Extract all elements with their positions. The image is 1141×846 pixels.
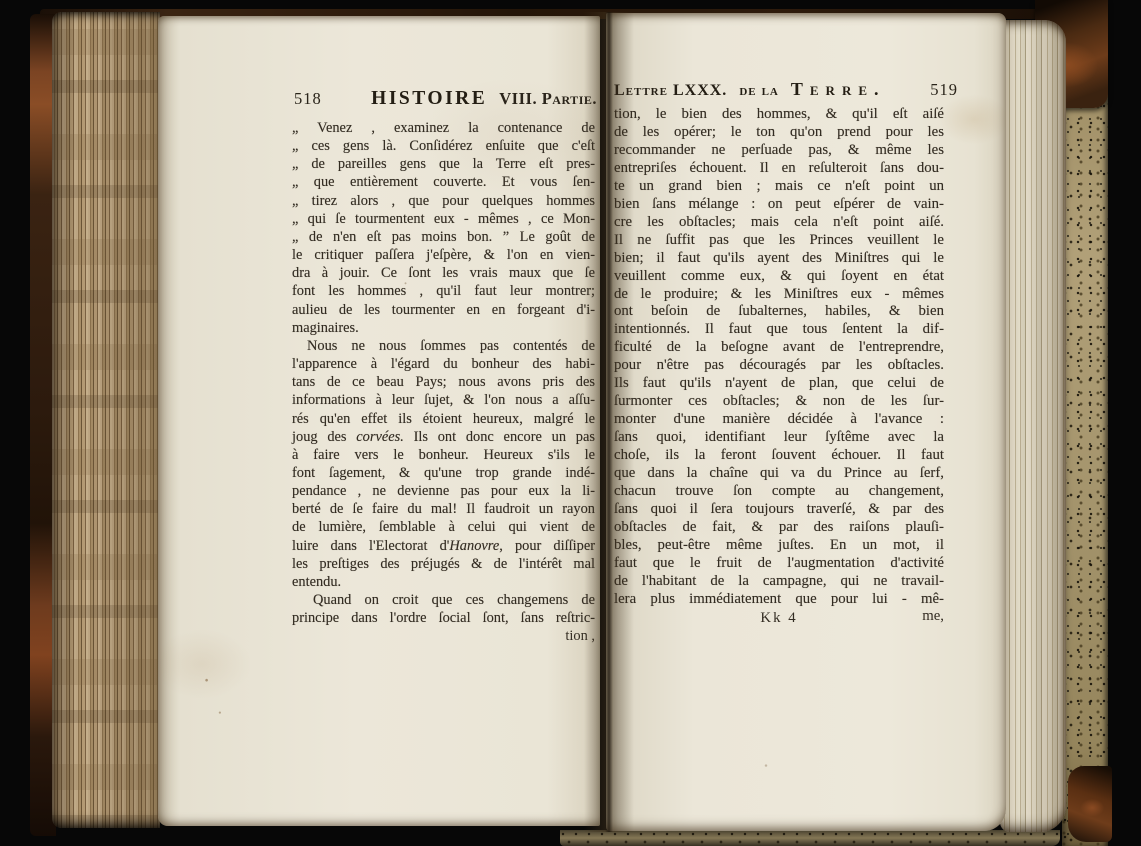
text-line: font ſagement, & qu'une trop grande indé… [292, 464, 595, 482]
text-line: Nous ne nous ſommes pas contentés de [292, 337, 595, 355]
text-line: le critiquer paſſera j'eſpère, & l'on en… [292, 246, 595, 264]
text-line: rés qu'en effet ils étoient heureux, mal… [292, 410, 595, 428]
text-line: les preſtiges des préjugés & de l'intérê… [292, 555, 595, 573]
text-line: „ de pareilles gens que la Terre eſt pre… [292, 155, 595, 173]
text-line: entrepriſes échouent. Il en reſulteroit … [614, 160, 944, 178]
catchword: me, [922, 608, 944, 626]
text-line: pendance , ne devienne pas pour eux la l… [292, 482, 595, 500]
text-segment: Ils ont donc encore un pas [414, 429, 595, 445]
running-header: 518 HISTOIRE VIII. Partie. [294, 88, 597, 110]
text-line: ont beſoin de ſubalternes, habiles, & bi… [614, 303, 944, 321]
text-line: „ de n'en eſt pas moins bon. ” Le goût d… [292, 228, 595, 246]
page-body-text: „ Venez , examinez la contenance de „ ce… [292, 119, 595, 646]
text-line: lera plus immédiatement que pour lui - m… [614, 591, 944, 609]
text-line: „ tirez alors , que pour quelques hommes [292, 192, 595, 210]
text-line: „ ces gens là. Conſidérez enſuite que c'… [292, 137, 595, 155]
text-line: Ils faut qu'ils n'ayent de plan, que cel… [614, 375, 944, 393]
left-page: 518 HISTOIRE VIII. Partie. „ Venez , exa… [158, 16, 600, 826]
text-line: entendu. [292, 573, 595, 591]
text-line: faut que le fruit de l'augmentation d'ac… [614, 555, 944, 573]
text-line: cre les obſtacles; mais cela n'eſt point… [614, 214, 944, 232]
page-edges [1000, 20, 1066, 832]
right-page: Lettre LXXX. de la Terre. 519 tion, le b… [606, 13, 1006, 831]
text-line: tans de ce beau Pays; nous avons pris de… [292, 373, 595, 391]
text-line: de le produire; & les Miniſtres eux - mê… [614, 286, 944, 304]
text-line: intentionnés. Il faut que tous ſentent l… [614, 321, 944, 339]
text-line: bien; il faut qu'ils ayent des Miniſtres… [614, 250, 944, 268]
text-line: „ que entièrement couverte. Et vous ſen- [292, 173, 595, 191]
text-line: „ qui ſe tourmentent eux - mêmes , ce Mo… [292, 210, 595, 228]
text-line: de les opérer; le ton qu'on prend pour l… [614, 124, 944, 142]
text-line: que dans la chaîne qui va du Prince au ſ… [614, 465, 944, 483]
header-part: VIII. Partie. [499, 89, 597, 109]
text-line: Il ne ſuffit pas que les Princes veuille… [614, 232, 944, 250]
signature-line: Kk 4 me, [614, 610, 944, 628]
text-line: bien ſans mélange : on peut eſpérer de v… [614, 196, 944, 214]
text-line: „ Venez , examinez la contenance de [292, 119, 595, 137]
text-line: l'apparence à l'égard du bonheur des hab… [292, 355, 595, 373]
text-line: de lumière, ſemblable à celui qui vient … [292, 518, 595, 536]
text-line: ſurmonter ces obſtacles; & non de les ſu… [614, 393, 944, 411]
text-line: principe dans l'ordre ſocial ſont, ſans … [292, 609, 595, 627]
fore-edge-pages [52, 12, 160, 828]
text-line: dra à jouir. Ce ſont les vrais maux que … [292, 264, 595, 282]
text-line: veuillent comme eux, & qui ſoyent en éta… [614, 268, 944, 286]
text-line: te un grand bien ; mais ce n'eſt point u… [614, 178, 944, 196]
text-line: aulieu de les tourmenter en en forgeant … [292, 301, 595, 319]
text-segment: joug des [292, 429, 356, 445]
text-line: berté de ſe faire du mal! Il faudroit un… [292, 500, 595, 518]
italic-word: Hanovre [449, 538, 499, 554]
header-de-la: de la [739, 82, 779, 100]
text-line: ficulté de la beſogne avant de l'entrepr… [614, 339, 944, 357]
text-line: ſans quoi, identifiant leur ſyſtême avec… [614, 429, 944, 447]
italic-word: corvées. [356, 429, 404, 445]
text-segment: , pour diſſiper [499, 538, 595, 554]
catchword: tion , [292, 627, 595, 645]
text-line: Quand on croit que ces changemens de [292, 591, 595, 609]
text-segment: luire dans l'Electorat d' [292, 538, 449, 554]
text-line: ſans quoi il ſera toujours traverſé, & p… [614, 501, 944, 519]
text-line: informations à leur ſujet, & l'on nous a… [292, 391, 595, 409]
text-line: à faire vers le bonheur. Heureux s'ils l… [292, 446, 595, 464]
text-line: maginaires. [292, 319, 595, 337]
running-header: Lettre LXXX. de la Terre. 519 [614, 79, 958, 100]
header-lettre: Lettre LXXX. [614, 82, 727, 100]
page-number: 518 [294, 89, 322, 109]
text-line: pour n'être pas découragés par les obſta… [614, 357, 944, 375]
header-terre: Terre. [791, 79, 886, 100]
text-line: font les hommes , qu'il faut leur montre… [292, 282, 595, 300]
leather-corner-bottom [1068, 766, 1112, 842]
page-number: 519 [930, 80, 958, 100]
cover-board [1062, 0, 1108, 846]
text-line: chacun trouve ſon compte au changement, [614, 483, 944, 501]
signature-mark: Kk 4 [614, 610, 944, 628]
text-line: monter d'une manière décidée à l'avance … [614, 411, 944, 429]
text-line: de l'habitant de la campagne, qui ne tra… [614, 573, 944, 591]
text-line: obſtacles de fait, & par des raiſons pla… [614, 519, 944, 537]
header-title: HISTOIRE [371, 88, 487, 110]
text-line: bles, peut-être même juſtes. En un mot, … [614, 537, 944, 555]
text-line: recommander ne perſuade pas, & même les [614, 142, 944, 160]
text-line: tion, le bien des hommes, & qu'il eſt ai… [614, 106, 944, 124]
text-line: luire dans l'Electorat d'Hanovre, pour d… [292, 537, 595, 555]
text-line: choſe, ils la feront ſouvent échouer. Il… [614, 447, 944, 465]
page-body-text: tion, le bien des hommes, & qu'il eſt ai… [614, 106, 944, 628]
text-line: joug des corvées. Ils ont donc encore un… [292, 428, 595, 446]
cover-board-bottom [560, 830, 1060, 846]
